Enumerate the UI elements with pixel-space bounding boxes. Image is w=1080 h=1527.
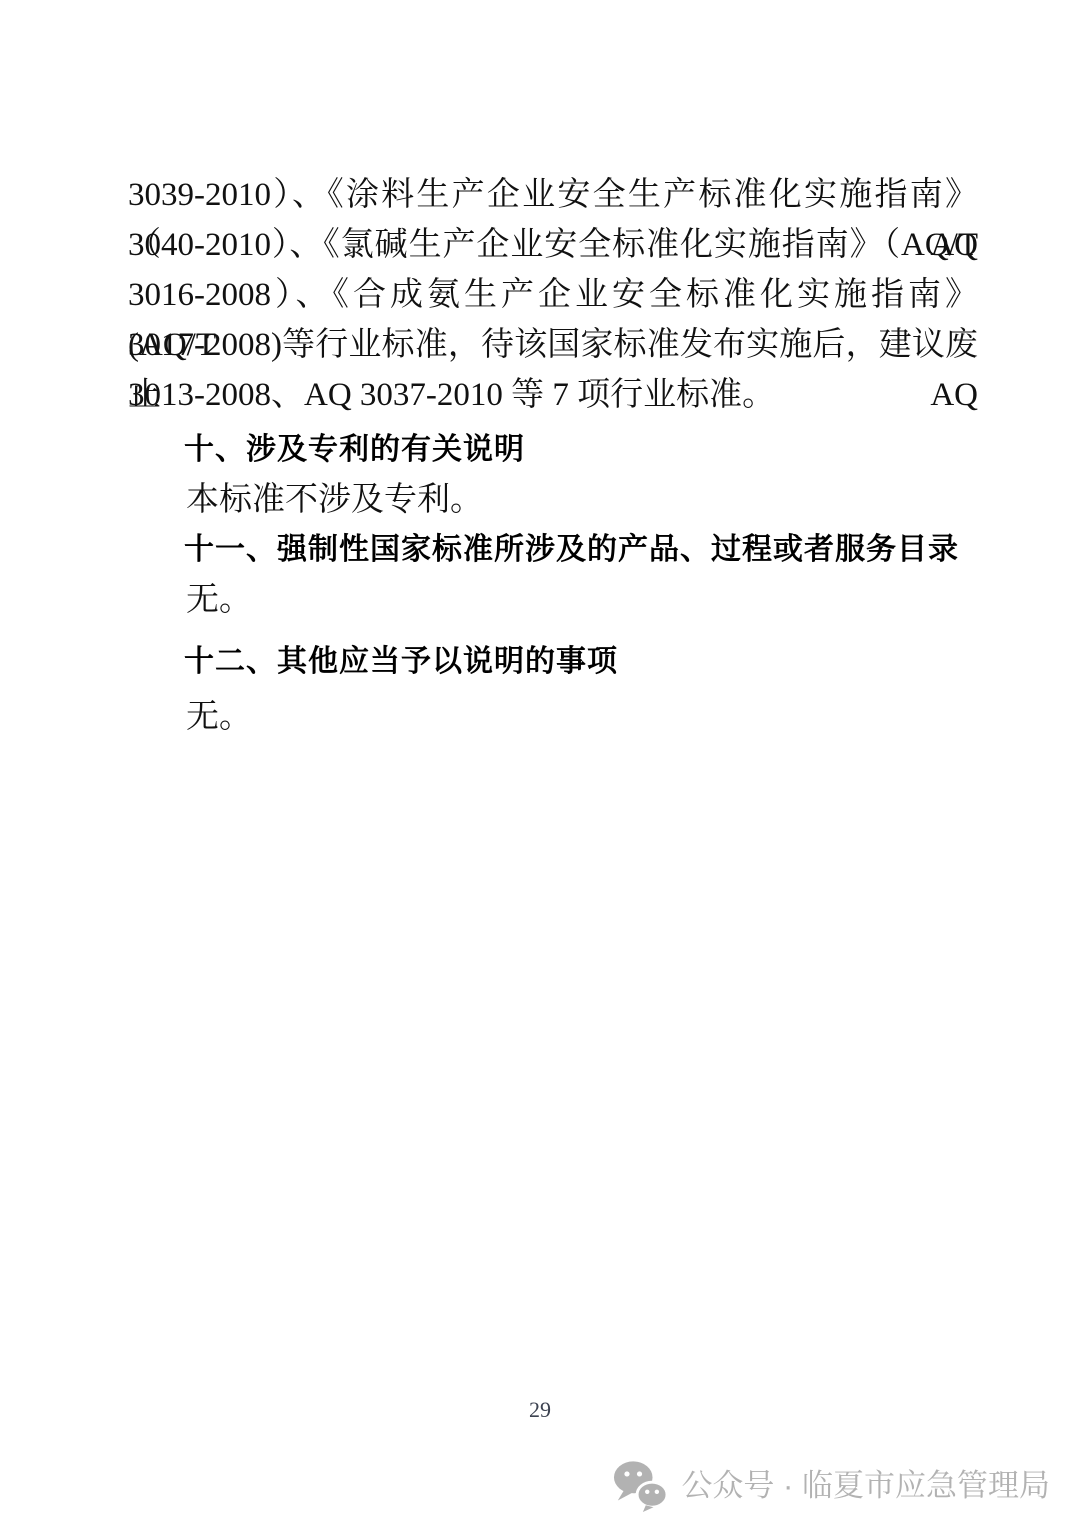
section-body-12: 无。 [186,692,252,742]
paragraph-line: 3017-2008)等行业标准，待该国家标准发布实施后，建议废止 AQ [128,320,978,370]
watermark-label: 公众号 · 临夏市应急管理局 [681,1458,1050,1514]
section-heading-10: 十、涉及专利的有关说明 [184,425,525,475]
paragraph-line: 3039-2010）、《涂料生产企业安全生产标准化实施指南》（AQ [128,170,978,220]
section-body-10: 本标准不涉及专利。 [186,475,483,525]
wechat-icon [611,1459,669,1513]
section-body-11: 无。 [186,575,252,625]
paragraph-line: 3013-2008、AQ 3037-2010 等 7 项行业标准。 [128,370,978,420]
paragraph-line: 3040-2010）、《氯碱生产企业安全标准化实施指南》（AQ/T [128,220,978,270]
section-heading-12: 十二、其他应当予以说明的事项 [184,637,618,687]
section-heading-11: 十一、强制性国家标准所涉及的产品、过程或者服务目录 [184,525,959,575]
page-number: 29 [0,1396,1080,1424]
paragraph-line: 3016-2008）、《合成氨生产企业安全标准化实施指南》(AQ/T [128,270,978,320]
wechat-watermark: 公众号 · 临夏市应急管理局 [611,1458,1050,1514]
document-page: 3039-2010）、《涂料生产企业安全生产标准化实施指南》（AQ 3040-2… [0,0,1080,1527]
